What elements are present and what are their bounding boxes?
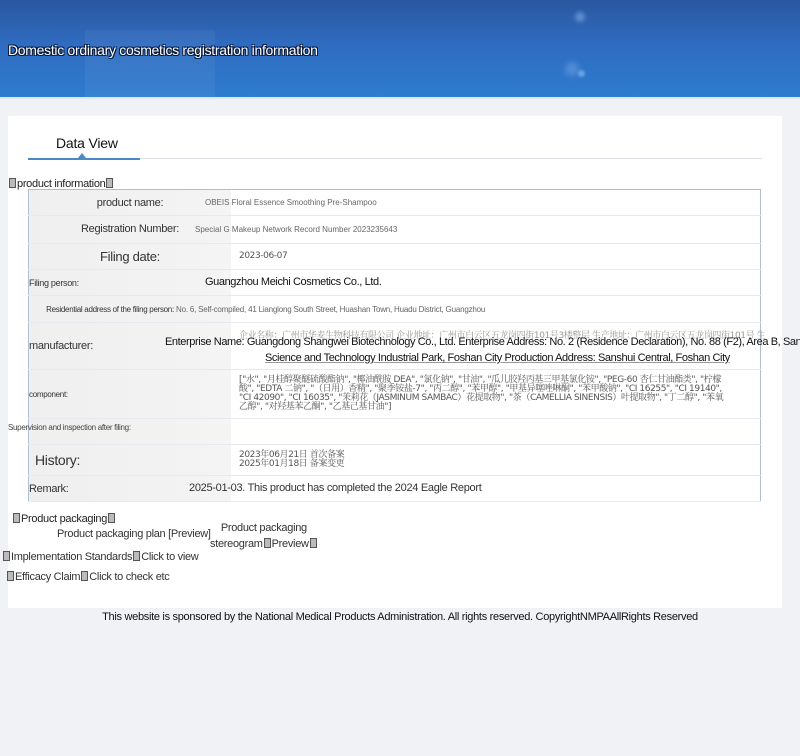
filing-date-value: 2023-06-07 [231,244,761,270]
product-name-value: OBEIS Floral Essence Smoothing Pre-Shamp… [205,198,377,207]
history-entry: 2025年01月18日 备案变更 [239,460,760,469]
bracket-glyph-icon [3,551,10,561]
banner-divider [0,97,800,99]
table-row: component: ["水", "月桂醇聚醚硫酸酯钠", "椰油酰胺 DEA"… [29,370,761,419]
table-row: History: 2023年06月21日 首次备案 2025年01月18日 备案… [29,445,761,476]
table-row: Residential address of the filing person… [29,296,761,323]
tab-data-view[interactable]: Data View [56,135,118,151]
table-row: Filing person: Guangzhou Meichi Cosmetic… [29,270,761,296]
bracket-glyph-icon [9,178,16,188]
component-value: ["水", "月桂醇聚醚硫酸酯钠", "椰油酰胺 DEA", "氯化钠", "甘… [231,370,761,419]
packaging-stereogram-preview-link[interactable]: Product packaging stereogramPreview [210,520,318,552]
table-row: Filing date: 2023-06-07 [29,244,761,270]
implementation-standards-link[interactable]: Implementation StandardsClick to view [2,551,198,563]
caret-up-icon [78,153,86,158]
manufacturer-value-en-line2: Science and Technology Industrial Park, … [265,352,730,364]
history-value: 2023年06月21日 首次备案 2025年01月18日 备案变更 [231,445,761,476]
bracket-glyph-icon [108,513,115,523]
row-label-product-name: product name: [29,190,232,216]
decorative-glow [565,62,579,76]
table-row: product name: OBEIS Floral Essence Smoot… [29,190,761,216]
decorative-glow [578,70,585,77]
bracket-glyph-icon [264,538,271,548]
footer-copyright: This website is sponsored by the Nationa… [0,609,800,623]
bracket-glyph-icon [13,513,20,523]
header-banner: Domestic ordinary cosmetics registration… [0,0,800,97]
row-label-filing-date: Filing date: [29,244,232,270]
section-title-product-packaging: Product packaging [12,513,116,525]
row-label-component: component: [29,370,232,419]
efficacy-claim-link[interactable]: Efficacy ClaimClick to check etc [6,571,169,583]
manufacturer-value: 企业名称：广州市华麦生物科技有限公司 企业地址：广州市白云区五龙岗四街101号3… [231,323,761,370]
row-label-supervision: Supervision and inspection after filing: [8,423,131,432]
table-row: manufacturer: 企业名称：广州市华麦生物科技有限公司 企业地址：广州… [29,323,761,370]
bracket-glyph-icon [310,538,317,548]
row-label-filing-person: Filing person: [29,270,232,296]
row-label-history: History: [29,445,232,476]
manufacturer-value-en-line1: Enterprise Name: Guangdong Shangwei Biot… [165,336,800,348]
registration-number-value: Special G Makeup Network Record Number 2… [195,225,397,234]
page-title: Domestic ordinary cosmetics registration… [8,42,318,58]
bracket-glyph-icon [7,571,14,581]
table-row: Remark: 2025-01-03. This product has com… [29,476,761,502]
filing-person-value: Guangzhou Meichi Cosmetics Co., Ltd. [205,276,381,288]
table-row [29,419,761,445]
supervision-value [231,419,761,445]
bracket-glyph-icon [133,551,140,561]
table-row: Registration Number: Special G Makeup Ne… [29,216,761,244]
bracket-glyph-icon [106,178,113,188]
product-info-table: product name: OBEIS Floral Essence Smoot… [28,189,761,502]
bracket-glyph-icon [81,571,88,581]
content-card: Data View product information product na… [8,116,782,608]
active-tab-indicator [28,158,140,160]
decorative-glow [575,12,585,22]
filing-person-address-value: No. 6, Self-compiled, 41 Lianglong South… [176,305,485,314]
remark-value: 2025-01-03. This product has completed t… [189,482,481,494]
packaging-plan-preview-link[interactable]: Product packaging plan [Preview] [57,528,211,540]
